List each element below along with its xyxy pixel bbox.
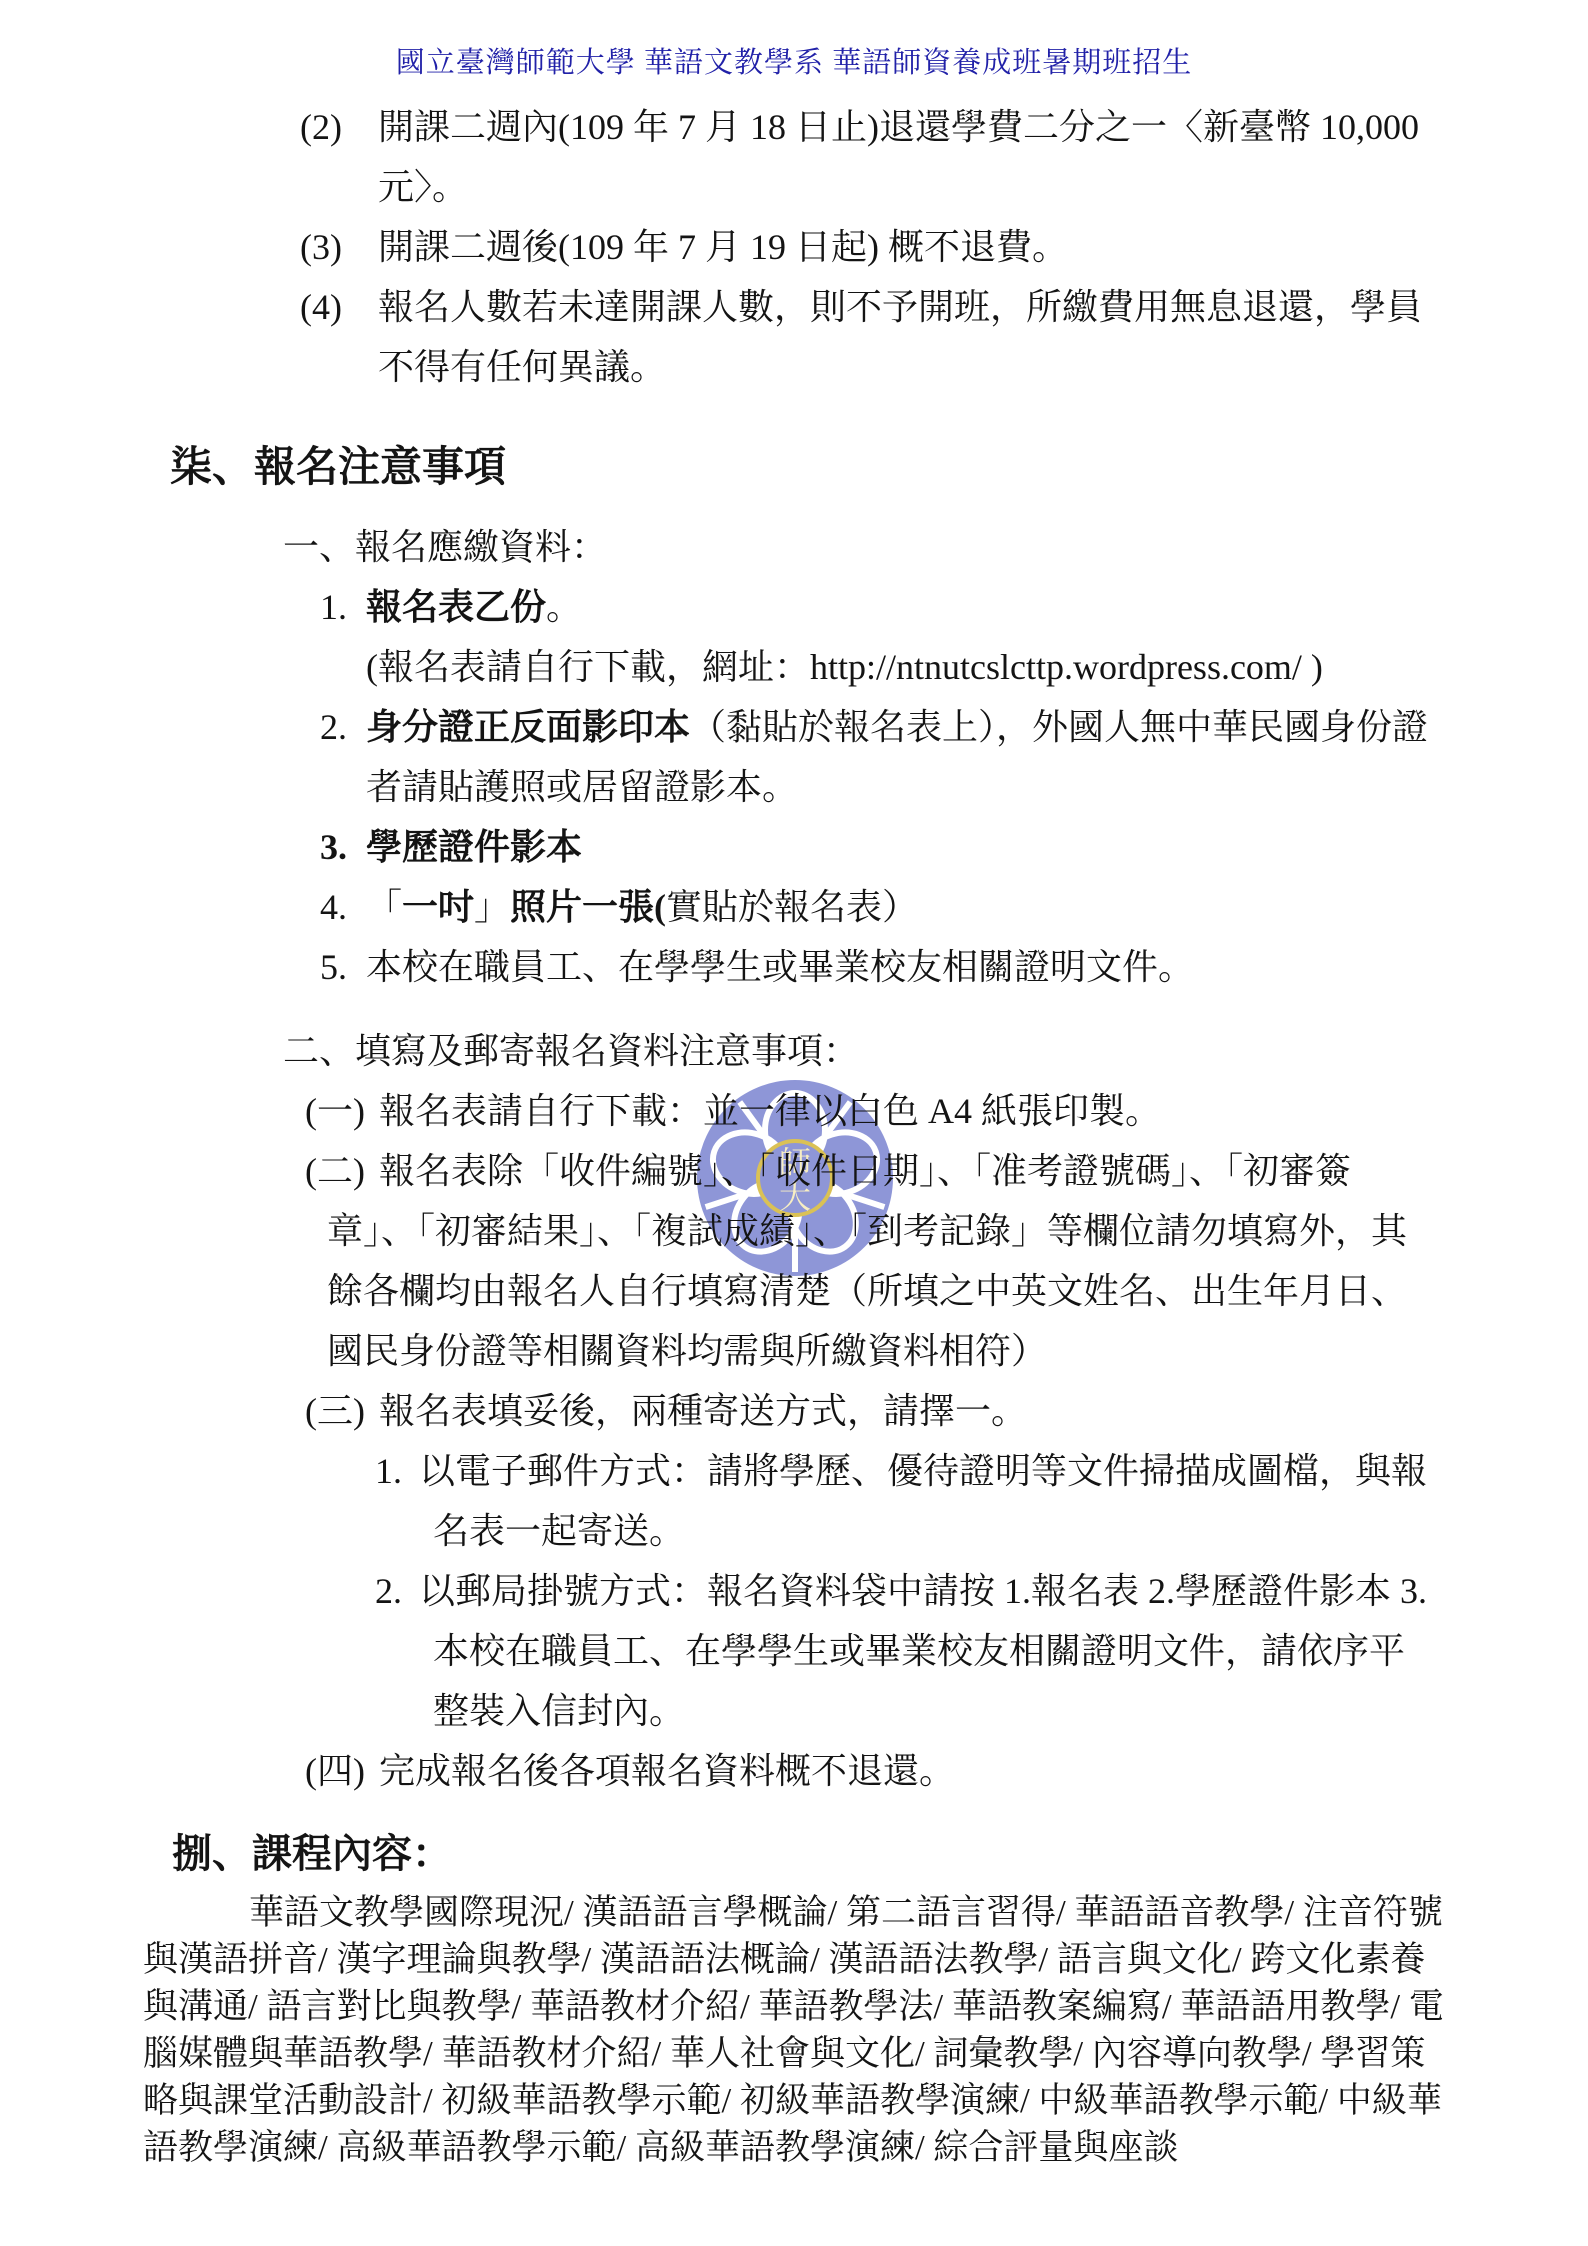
bold-text: 照片一張( (510, 887, 666, 927)
item-marker: 2. (320, 697, 366, 757)
plain-text: 報名表請自行下載：並一律以白色 A4 紙張印製。 (379, 1091, 1161, 1131)
item-text: 以電子郵件方式：請將學歷、優待證明等文件掃描成圖檔，與報名表一起寄送。 (419, 1451, 1427, 1551)
list-item: (四)完成報名後各項報名資料概不退還。 (0, 1741, 1440, 1801)
list-item: (2)開課二週內(109 年 7 月 18 日止)退還學費二分之一〈新臺幣 10… (0, 97, 1438, 217)
plain-text: 以郵局掛號方式：報名資料袋中請按 1.報名表 2.學歷證件影本 3.本校在職員工… (419, 1571, 1427, 1731)
plain-text: 本校在職員工、在學學生或畢業校友相關證明文件。 (366, 947, 1194, 987)
list-item: 1.報名表乙份。 (0, 577, 1438, 637)
bold-text: 報名表乙份 (366, 587, 546, 627)
list-item: 2.以郵局掛號方式：報名資料袋中請按 1.報名表 2.學歷證件影本 3.本校在職… (0, 1561, 1440, 1741)
bold-text: 學歷證件影本 (366, 827, 582, 867)
plain-text: 以電子郵件方式：請將學歷、優待證明等文件掃描成圖檔，與報名表一起寄送。 (419, 1451, 1427, 1551)
plain-text: 「 (366, 887, 402, 927)
item-marker: (四) (305, 1741, 379, 1801)
item-text: 學歷證件影本 (366, 827, 582, 867)
plain-text: 報名表除「收件編號」、「收件日期」、「准考證號碼」、「初審簽章」、「初審結果」、… (327, 1151, 1407, 1371)
list-item: (三)報名表填妥後，兩種寄送方式，請擇一。 (0, 1381, 1440, 1441)
plain-text: 。 (546, 587, 582, 627)
item-text: 開課二週後(109 年 7 月 19 日起) 概不退費。 (378, 227, 1068, 267)
item-text: 完成報名後各項報名資料概不退還。 (379, 1751, 955, 1791)
bold-text: 一吋 (402, 887, 474, 927)
item-text: 報名表填妥後，兩種寄送方式，請擇一。 (379, 1391, 1027, 1431)
list-item: 1.以電子郵件方式：請將學歷、優待證明等文件掃描成圖檔，與報名表一起寄送。 (0, 1441, 1440, 1561)
list-item: 3.學歷證件影本 (0, 817, 1438, 877)
item-text: 報名表請自行下載：並一律以白色 A4 紙張印製。 (379, 1091, 1161, 1131)
item-text: 報名表乙份。 (366, 587, 582, 627)
plain-text: 開課二週內(109 年 7 月 18 日止)退還學費二分之一〈新臺幣 10,00… (378, 107, 1419, 207)
item-marker: (2) (300, 97, 378, 157)
item-marker: 4. (320, 877, 366, 937)
plain-text: 報名人數若未達開課人數，則不予開班，所繳費用無息退還，學員不得有任何異議。 (378, 287, 1422, 387)
item-marker: 5. (320, 937, 366, 997)
bold-text: 身分證正反面影印本 (366, 707, 690, 747)
mailing-notes-list: (一)報名表請自行下載：並一律以白色 A4 紙張印製。(二)報名表除「收件編號」… (0, 1081, 1588, 1801)
list-item: (一)報名表請自行下載：並一律以白色 A4 紙張印製。 (0, 1081, 1440, 1141)
subsection-1-heading: 一、報名應繳資料： (283, 517, 1438, 577)
item-marker: (4) (300, 277, 378, 337)
item-marker: 1. (320, 577, 366, 637)
download-note: (報名表請自行下載，網址：http://ntnutcslcttp.wordpre… (0, 637, 1438, 697)
plain-text: 完成報名後各項報名資料概不退還。 (379, 1751, 955, 1791)
list-item: 5.本校在職員工、在學學生或畢業校友相關證明文件。 (0, 937, 1438, 997)
item-marker: (一) (305, 1081, 379, 1141)
list-item: (二)報名表除「收件編號」、「收件日期」、「准考證號碼」、「初審簽章」、「初審結… (0, 1141, 1440, 1381)
required-documents-list: 1.報名表乙份。(報名表請自行下載，網址：http://ntnutcslcttp… (0, 577, 1588, 997)
item-marker: (二) (305, 1141, 379, 1201)
plain-text: 開課二週後(109 年 7 月 19 日起) 概不退費。 (378, 227, 1068, 267)
item-marker: 2. (375, 1561, 419, 1621)
item-text: 以郵局掛號方式：報名資料袋中請按 1.報名表 2.學歷證件影本 3.本校在職員工… (419, 1571, 1427, 1731)
item-marker: 1. (375, 1441, 419, 1501)
plain-text: 實貼於報名表） (666, 887, 918, 927)
list-item: (3)開課二週後(109 年 7 月 19 日起) 概不退費。 (0, 217, 1438, 277)
page-title: 國立臺灣師範大學 華語文教學系 華語師資養成班暑期班招生 (0, 0, 1588, 81)
document-page: 師 大 國立臺灣師範大學 華語文教學系 華語師資養成班暑期班招生 (2)開課二週… (0, 0, 1588, 2246)
list-item: 2.身分證正反面影印本（黏貼於報名表上），外國人無中華民國身份證者請貼護照或居留… (0, 697, 1438, 817)
course-list-paragraph: 華語文教學國際現況/ 漢語語言學概論/ 第二語言習得/ 華語語音教學/ 注音符號… (143, 1889, 1448, 2171)
list-item: 4.「一吋」照片一張(實貼於報名表） (0, 877, 1438, 937)
item-marker: 3. (320, 817, 366, 877)
refund-policy-list: (2)開課二週內(109 年 7 月 18 日止)退還學費二分之一〈新臺幣 10… (0, 97, 1588, 397)
item-text: 身分證正反面影印本（黏貼於報名表上），外國人無中華民國身份證者請貼護照或居留證影… (366, 707, 1428, 807)
item-text: 開課二週內(109 年 7 月 18 日止)退還學費二分之一〈新臺幣 10,00… (378, 107, 1419, 207)
item-marker: (三) (305, 1381, 379, 1441)
document-content: 國立臺灣師範大學 華語文教學系 華語師資養成班暑期班招生 (2)開課二週內(10… (0, 0, 1588, 2171)
section-7-heading: 柒、報名注意事項 (170, 443, 1588, 493)
item-text: 「一吋」照片一張(實貼於報名表） (366, 887, 918, 927)
list-item: (4)報名人數若未達開課人數，則不予開班，所繳費用無息退還，學員不得有任何異議。 (0, 277, 1438, 397)
item-text: 報名表除「收件編號」、「收件日期」、「准考證號碼」、「初審簽章」、「初審結果」、… (327, 1151, 1407, 1371)
subsection-2-heading: 二、填寫及郵寄報名資料注意事項： (283, 1021, 1438, 1081)
section-8-heading: 捌、課程內容： (172, 1829, 1588, 1879)
item-text: 本校在職員工、在學學生或畢業校友相關證明文件。 (366, 947, 1194, 987)
plain-text: 報名表填妥後，兩種寄送方式，請擇一。 (379, 1391, 1027, 1431)
item-text: 報名人數若未達開課人數，則不予開班，所繳費用無息退還，學員不得有任何異議。 (378, 287, 1422, 387)
item-marker: (3) (300, 217, 378, 277)
plain-text: 」 (474, 887, 510, 927)
